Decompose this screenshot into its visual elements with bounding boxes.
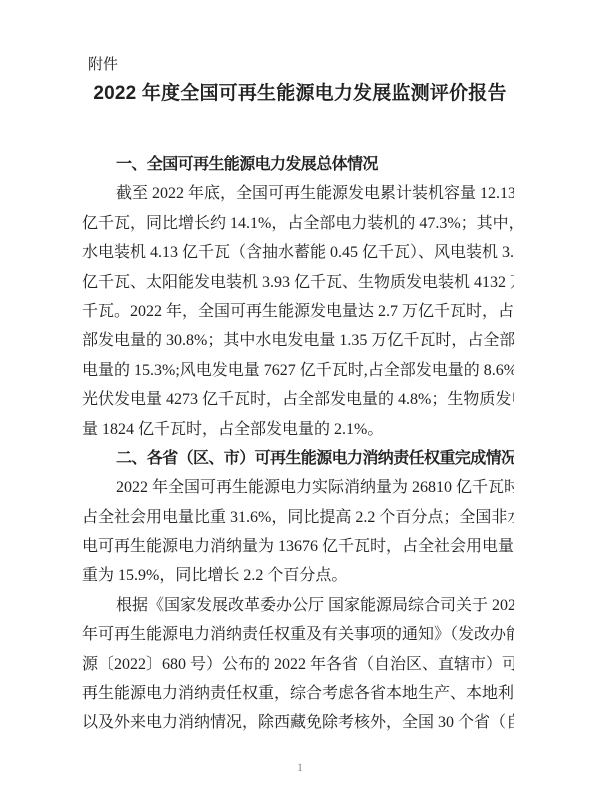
attachment-label: 附件 <box>88 55 118 75</box>
body-line: 电可再生能源电力消纳量为 13676 亿千瓦时，占全社会用电量比 <box>82 532 514 561</box>
body-line: 亿千瓦，同比增长约 14.1%，占全部电力装机的 47.3%；其中， <box>82 209 514 238</box>
body-line: 源〔2022〕680 号）公布的 2022 年各省（自治区、直辖市）可 <box>82 650 514 679</box>
body-line: 以及外来电力消纳情况，除西藏免除考核外，全国 30 个省（自 <box>82 708 514 737</box>
body-line: 占全社会用电量比重 31.6%，同比提高 2.2 个百分点；全国非水 <box>82 503 514 532</box>
document-page: 附件 2022 年度全国可再生能源电力发展监测评价报告 一、全国可再生能源电力发… <box>0 0 600 800</box>
section-heading-1: 一、全国可再生能源电力发展总体情况 <box>82 150 514 179</box>
document-title: 2022 年度全国可再生能源电力发展监测评价报告 <box>30 82 570 106</box>
body-line: 电量的 15.3%;风电发电量 7627 亿千瓦时,占全部发电量的 8.6%; <box>82 356 514 385</box>
body-line: 光伏发电量 4273 亿千瓦时，占全部发电量的 4.8%；生物质发电 <box>82 385 514 414</box>
body-line: 根据《国家发展改革委办公厅 国家能源局综合司关于 2022 <box>82 591 514 620</box>
section-heading-2: 二、各省（区、市）可再生能源电力消纳责任权重完成情况 <box>82 444 514 473</box>
body-line: 年可再生能源电力消纳责任权重及有关事项的通知》（发改办能 <box>82 620 514 649</box>
body-line: 2022 年全国可再生能源电力实际消纳量为 26810 亿千瓦时， <box>82 473 514 502</box>
body-line: 亿千瓦、太阳能发电装机 3.93 亿千瓦、生物质发电装机 4132 万 <box>82 268 514 297</box>
body-line: 部发电量的 30.8%；其中水电发电量 1.35 万亿千瓦时，占全部发 <box>82 326 514 355</box>
page-number: 1 <box>0 760 600 774</box>
body-line: 千瓦。2022 年，全国可再生能源发电量达 2.7 万亿千瓦时，占全 <box>82 297 514 326</box>
body-line: 再生能源电力消纳责任权重，综合考虑各省本地生产、本地利用 <box>82 679 514 708</box>
body-line: 水电装机 4.13 亿千瓦（含抽水蓄能 0.45 亿千瓦）、风电装机 3.65 <box>82 238 514 267</box>
body-line: 截至 2022 年底，全国可再生能源发电累计装机容量 12.13 <box>82 179 514 208</box>
body-line: 量 1824 亿千瓦时，占全部发电量的 2.1%。 <box>82 415 514 444</box>
document-body: 一、全国可再生能源电力发展总体情况 截至 2022 年底，全国可再生能源发电累计… <box>82 150 514 738</box>
body-line: 重为 15.9%，同比增长 2.2 个百分点。 <box>82 561 514 590</box>
